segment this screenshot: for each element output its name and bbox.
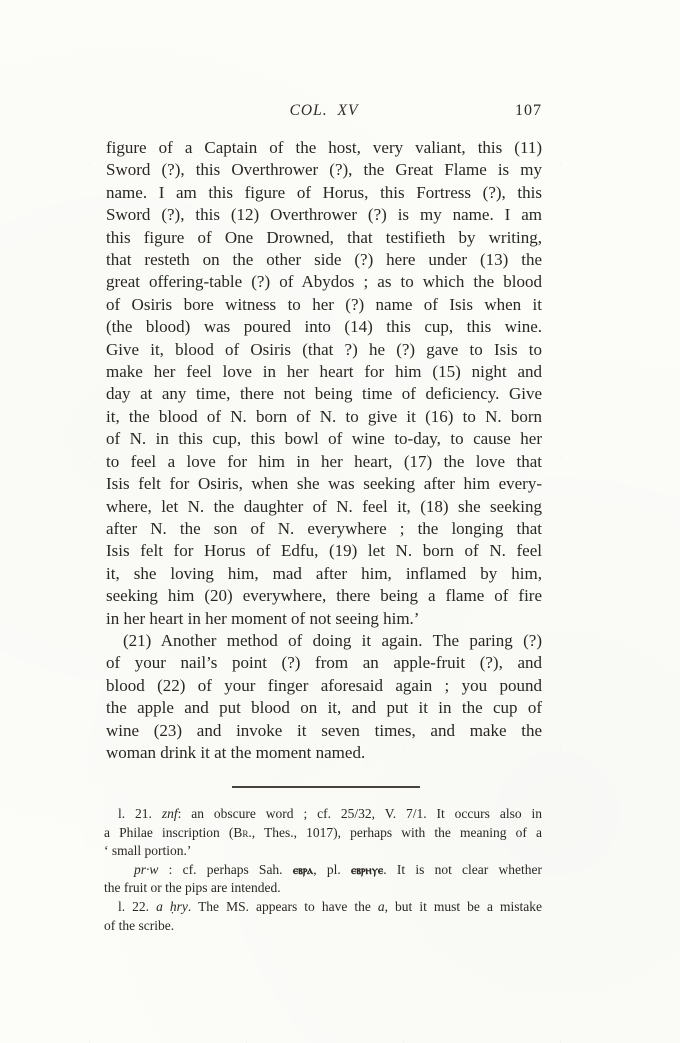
text-line: Sword (?), this Overthrower (?), the Gre…: [106, 159, 542, 181]
text-segment: . The MS. appears to have the: [188, 899, 378, 914]
text-line: name. I am this figure of Horus, this Fo…: [106, 182, 542, 204]
footnote-text-line: l. 22. a ḥry. The MS. appears to have th…: [104, 898, 542, 917]
text-line: Isis felt for Osiris, when she was seeki…: [106, 473, 542, 495]
footnote-prw: pr·w : cf. perhaps Sah. ⲉⲃⲣⲁ, pl. ⲉⲃⲣⲏⲩⲉ…: [104, 861, 542, 898]
footnote-divider: [232, 786, 420, 788]
page-header: COL. XV 107: [106, 102, 542, 124]
footnote-text-line: of the scribe.: [104, 917, 542, 936]
text-segment: ‘ small portion.’: [104, 843, 191, 858]
text-segment: , Thes., 1017), perhaps with the meaning…: [252, 825, 542, 840]
text-line: after N. the son of N. everywhere ; the …: [106, 518, 542, 540]
text-line: woman drink it at the moment named.: [106, 742, 542, 764]
coptic-word: ⲉⲃⲣⲁ: [293, 863, 313, 877]
page-number: 107: [515, 102, 542, 120]
footnote-line-22: l. 22. a ḥry. The MS. appears to have th…: [104, 898, 542, 935]
text-line: Give it, blood of Osiris (that ?) he (?)…: [106, 339, 542, 361]
text-line: Sword (?), this (12) Overthrower (?) is …: [106, 204, 542, 226]
coptic-word: ⲉⲃⲣⲏⲩⲉ: [351, 863, 383, 877]
paragraph-translation-1: figure of a Captain of the host, very va…: [106, 137, 542, 630]
text-segment: Br.: [233, 825, 251, 840]
text-segment: : cf. perhaps Sah.: [158, 862, 292, 877]
text-line: this figure of One Drowned, that testifi…: [106, 227, 542, 249]
text-segment: the fruit or the pips are intended.: [104, 880, 281, 895]
text-segment: . It is not clear whether: [383, 862, 542, 877]
text-line: (21) Another method of doing it again. T…: [106, 630, 542, 652]
text-segment: : an obscure word ; cf. 25/32, V. 7/1. I…: [178, 806, 542, 821]
text-line: blood (22) of your finger aforesaid agai…: [106, 675, 542, 697]
text-line: wine (23) and invoke it seven times, and…: [106, 720, 542, 742]
text-line: seeking him (20) everywhere, there being…: [106, 585, 542, 607]
body-text: figure of a Captain of the host, very va…: [106, 137, 542, 764]
footnote-text-line: ‘ small portion.’: [104, 842, 542, 861]
text-segment: l. 21.: [118, 806, 162, 821]
text-segment: l. 22.: [118, 899, 156, 914]
text-line: it, the blood of N. born of N. to give i…: [106, 406, 542, 428]
footnote-line-21: l. 21. znf: an obscure word ; cf. 25/32,…: [104, 805, 542, 861]
text-line: of Osiris bore witness to her (?) name o…: [106, 294, 542, 316]
text-line: figure of a Captain of the host, very va…: [106, 137, 542, 159]
text-line: Isis felt for Horus of Edfu, (19) let N.…: [106, 540, 542, 562]
transliteration: znf: [162, 806, 178, 821]
footnote-text-line: a Philae inscription (Br., Thes., 1017),…: [104, 824, 542, 843]
transliteration: pr·w: [134, 862, 158, 877]
paragraph-translation-2: (21) Another method of doing it again. T…: [106, 630, 542, 764]
transliteration: a ḥry: [156, 899, 188, 914]
text-line: of N. in this cup, this bowl of wine to-…: [106, 428, 542, 450]
text-line: great offering-table (?) of Abydos ; as …: [106, 271, 542, 293]
footnote-text-line: the fruit or the pips are intended.: [104, 879, 542, 898]
text-line: where, let N. the daughter of N. feel it…: [106, 496, 542, 518]
text-line: of your nail’s point (?) from an apple-f…: [106, 652, 542, 674]
text-line: to feel a love for him in her heart, (17…: [106, 451, 542, 473]
text-segment: , but it must be a mistake: [385, 899, 542, 914]
text-line: in her heart in her moment of not seeing…: [106, 608, 542, 630]
running-title: COL. XV: [106, 102, 542, 120]
text-line: make her feel love in her heart for him …: [106, 361, 542, 383]
text-line: the apple and put blood on it, and put i…: [106, 697, 542, 719]
footnotes: l. 21. znf: an obscure word ; cf. 25/32,…: [104, 805, 542, 935]
text-segment: , pl.: [313, 862, 351, 877]
transliteration: a: [378, 899, 385, 914]
book-page: COL. XV 107 figure of a Captain of the h…: [0, 0, 680, 1043]
text-line: that resteth on the other side (?) here …: [106, 249, 542, 271]
footnote-text-line: l. 21. znf: an obscure word ; cf. 25/32,…: [104, 805, 542, 824]
text-segment: of the scribe.: [104, 918, 174, 933]
text-line: day at any time, there not being time of…: [106, 383, 542, 405]
footnote-text-line: pr·w : cf. perhaps Sah. ⲉⲃⲣⲁ, pl. ⲉⲃⲣⲏⲩⲉ…: [104, 861, 542, 880]
text-segment: a Philae inscription (: [104, 825, 233, 840]
text-line: it, she loving him, mad after him, infla…: [106, 563, 542, 585]
text-line: (the blood) was poured into (14) this cu…: [106, 316, 542, 338]
